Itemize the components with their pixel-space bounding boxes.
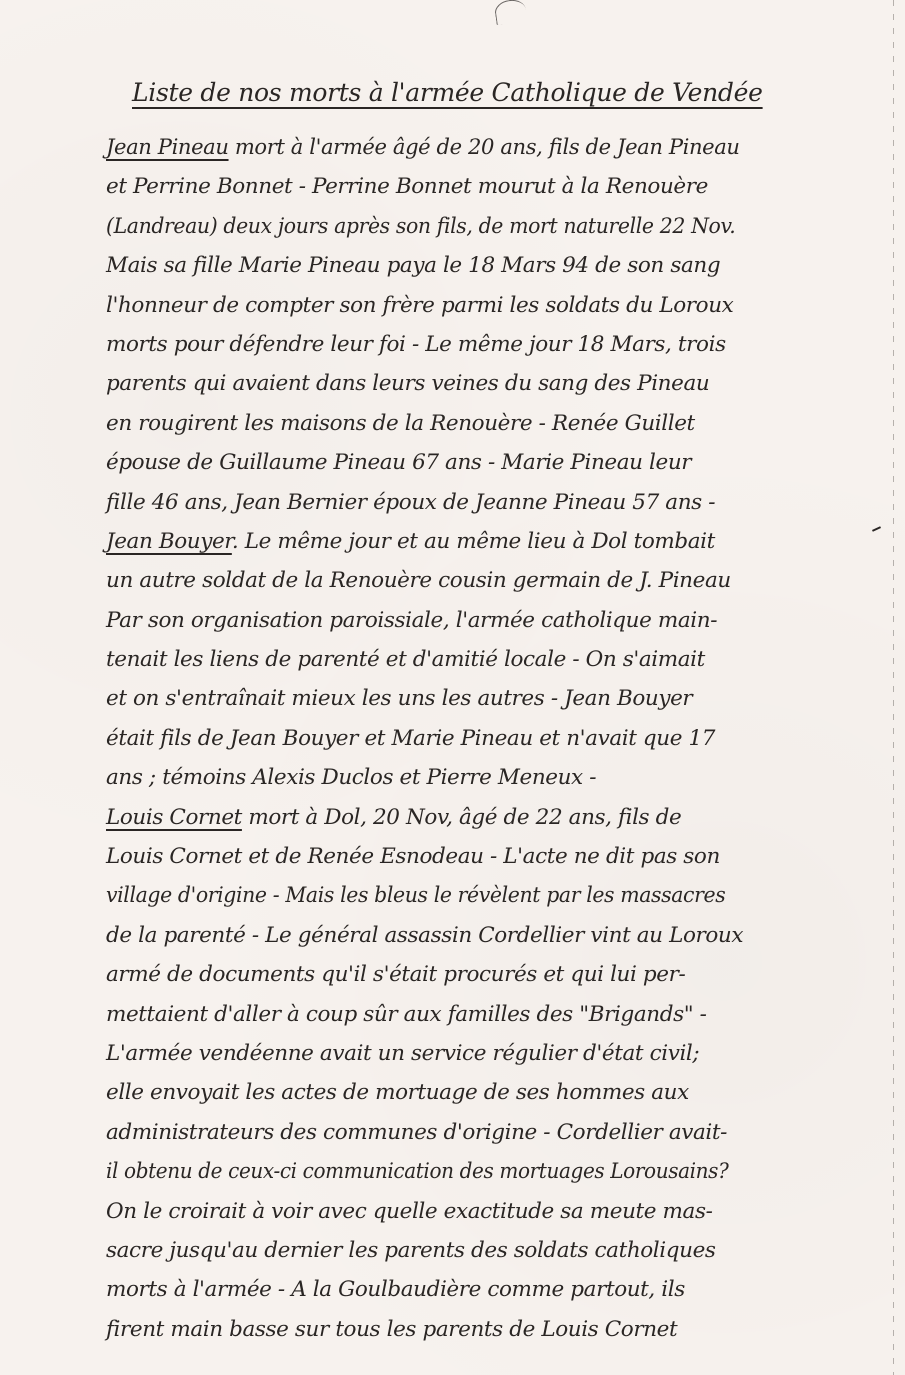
text-line: Louis Cornet mort à Dol, 20 Nov, âgé de … (106, 798, 866, 837)
text-line: morts à l'armée - A la Goulbaudière comm… (106, 1270, 866, 1309)
text-line: il obtenu de ceux-ci communication des m… (106, 1152, 813, 1191)
text-line: (Landreau) deux jours après son fils, de… (106, 207, 828, 246)
text-line: village d'origine - Mais les bleus le ré… (106, 876, 828, 915)
text-line: et on s'entraînait mieux les uns les aut… (106, 679, 866, 718)
text-line: de la parenté - Le général assassin Cord… (106, 916, 866, 955)
page-edge-line (893, 0, 894, 1375)
entry-name-jean-bouyer: Jean Bouyer (106, 529, 232, 554)
text-line: était fils de Jean Bouyer et Marie Pinea… (106, 719, 866, 758)
document-title: Liste de nos morts à l'armée Catholique … (132, 78, 763, 107)
text-line: sacre jusqu'au dernier les parents des s… (106, 1231, 866, 1270)
text-line: Par son organisation paroissiale, l'armé… (106, 601, 866, 640)
text-line: morts pour défendre leur foi - Le même j… (106, 325, 866, 364)
line-text: mort à Dol, 20 Nov, âgé de 22 ans, fils … (242, 805, 681, 830)
text-line: épouse de Guillaume Pineau 67 ans - Mari… (106, 443, 866, 482)
document-body: Jean Pineau mort à l'armée âgé de 20 ans… (106, 128, 866, 1349)
text-line: elle envoyait les actes de mortuage de s… (106, 1073, 866, 1112)
text-line: tenait les liens de parenté et d'amitié … (106, 640, 866, 679)
text-line: administrateurs des communes d'origine -… (106, 1113, 866, 1152)
scanned-page: Liste de nos morts à l'armée Catholique … (0, 0, 905, 1375)
top-margin-mark (494, 0, 528, 25)
text-line: et Perrine Bonnet - Perrine Bonnet mouru… (106, 167, 866, 206)
text-line: Louis Cornet et de Renée Esnodeau - L'ac… (106, 837, 866, 876)
text-line: Jean Pineau mort à l'armée âgé de 20 ans… (106, 128, 851, 167)
text-line: fille 46 ans, Jean Bernier époux de Jean… (106, 483, 866, 522)
entry-name-jean-pineau: Jean Pineau (106, 135, 229, 160)
text-line: ans ; témoins Alexis Duclos et Pierre Me… (106, 758, 866, 797)
text-line: L'armée vendéenne avait un service régul… (106, 1034, 866, 1073)
line-text: . Le même jour et au même lieu à Dol tom… (232, 529, 715, 554)
text-line: l'honneur de compter son frère parmi les… (106, 286, 866, 325)
text-line: un autre soldat de la Renouère cousin ge… (106, 561, 866, 600)
text-line: Jean Bouyer. Le même jour et au même lie… (106, 522, 866, 561)
line-text: mort à l'armée âgé de 20 ans, fils de Je… (229, 135, 740, 160)
text-line: Mais sa fille Marie Pineau paya le 18 Ma… (106, 246, 866, 285)
entry-name-louis-cornet: Louis Cornet (106, 805, 242, 830)
text-line: On le croirait à voir avec quelle exacti… (106, 1192, 866, 1231)
text-line: parents qui avaient dans leurs veines du… (106, 364, 866, 403)
text-line: firent main basse sur tous les parents d… (106, 1310, 866, 1349)
margin-dash-mark (872, 526, 881, 532)
text-line: mettaient d'aller à coup sûr aux famille… (106, 995, 866, 1034)
text-line: en rougirent les maisons de la Renouère … (106, 404, 866, 443)
text-line: armé de documents qu'il s'était procurés… (106, 955, 866, 994)
